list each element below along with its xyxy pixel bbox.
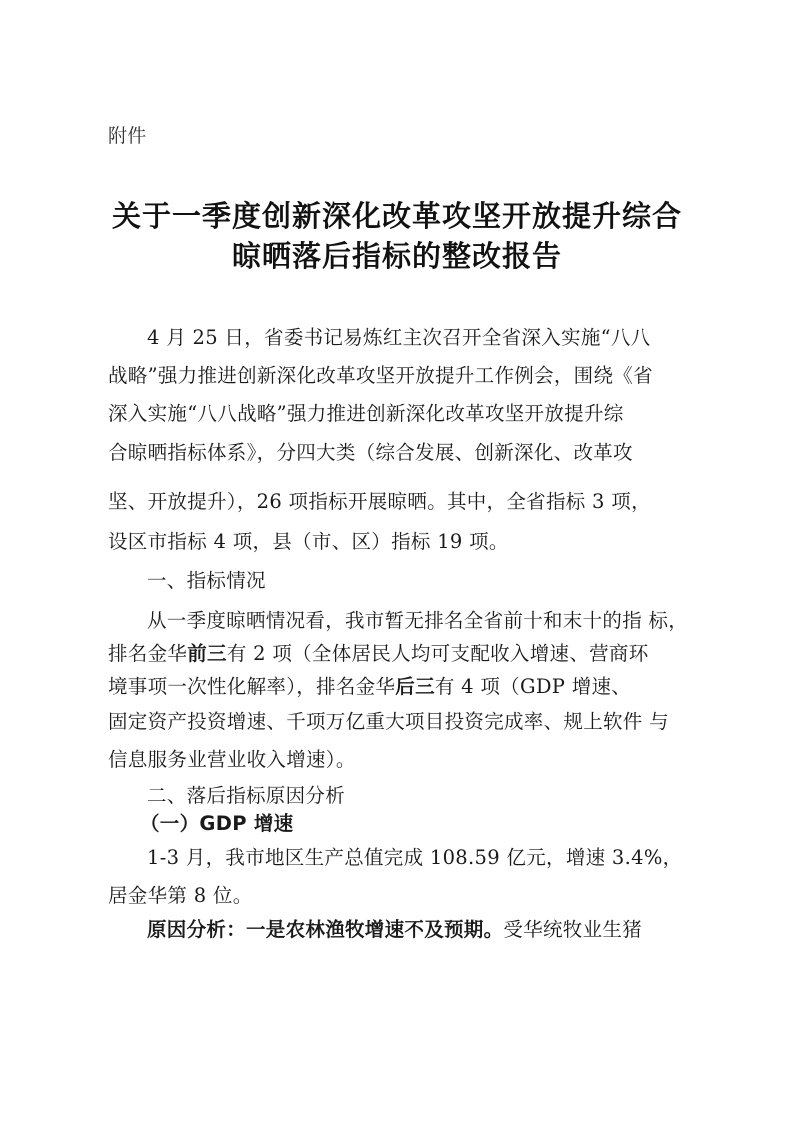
emphasis-bottom-three: 后三	[395, 675, 435, 698]
section1-paragraph-line: 固定资产投资增速、千项万亿重大项目投资完成率、规上软件 与	[108, 710, 669, 734]
section2-subheading: （一）GDP 增速	[140, 812, 293, 836]
section2-paragraph-line: 居金华第 8 位。	[108, 884, 253, 908]
section2-heading: 二、落后指标原因分析	[147, 784, 345, 808]
analysis-emphasis: 原因分析：一是农林渔牧增速不及预期。	[147, 918, 503, 941]
section1-paragraph-line: 排名金华前三有 2 项（全体居民人均可支配收入增速、营商环	[108, 642, 649, 666]
intro-line: 设区市指标 4 项，县（市、区）指标 19 项。	[108, 530, 509, 554]
intro-line: 4 月 25 日，省委书记易炼红主次召开全省深入实施“八八	[147, 326, 650, 350]
section1-heading: 一、指标情况	[147, 569, 266, 593]
document-title-line2: 晾晒落后指标的整改报告	[0, 238, 794, 274]
document-page: 附件 关于一季度创新深化改革攻坚开放提升综合 晾晒落后指标的整改报告 4 月 2…	[0, 0, 794, 1122]
section2-analysis-line: 原因分析：一是农林渔牧增速不及预期。受华统牧业生猪	[147, 918, 642, 942]
section2-paragraph-line: 1-3 月，我市地区生产总值完成 108.59 亿元，增速 3.4%，	[147, 846, 682, 870]
section1-paragraph-line: 从一季度晾晒情况看，我市暂无排名全省前十和末十的指 标，	[147, 609, 688, 633]
emphasis-top-three: 前三	[187, 642, 227, 665]
intro-line: 战略”强力推进创新深化改革攻坚开放提升工作例会，围绕《省	[108, 364, 653, 388]
section1-paragraph-line: 信息服务业营业收入增速）。	[108, 748, 356, 772]
document-title-line1: 关于一季度创新深化改革攻坚开放提升综合	[0, 198, 794, 234]
intro-line: 合晾晒指标体系》，分四大类（综合发展、创新深化、改革攻	[108, 441, 633, 465]
section1-paragraph-line: 境事项一次性化解率），排名金华后三有 4 项（GDP 增速、	[108, 675, 631, 699]
intro-line: 深入实施“八八战略”强力推进创新深化改革攻坚开放提升综	[108, 402, 624, 426]
intro-line: 坚、开放提升），26 项指标开展晾晒。其中，全省指标 3 项，	[108, 490, 651, 514]
attachment-label: 附件	[108, 124, 147, 148]
